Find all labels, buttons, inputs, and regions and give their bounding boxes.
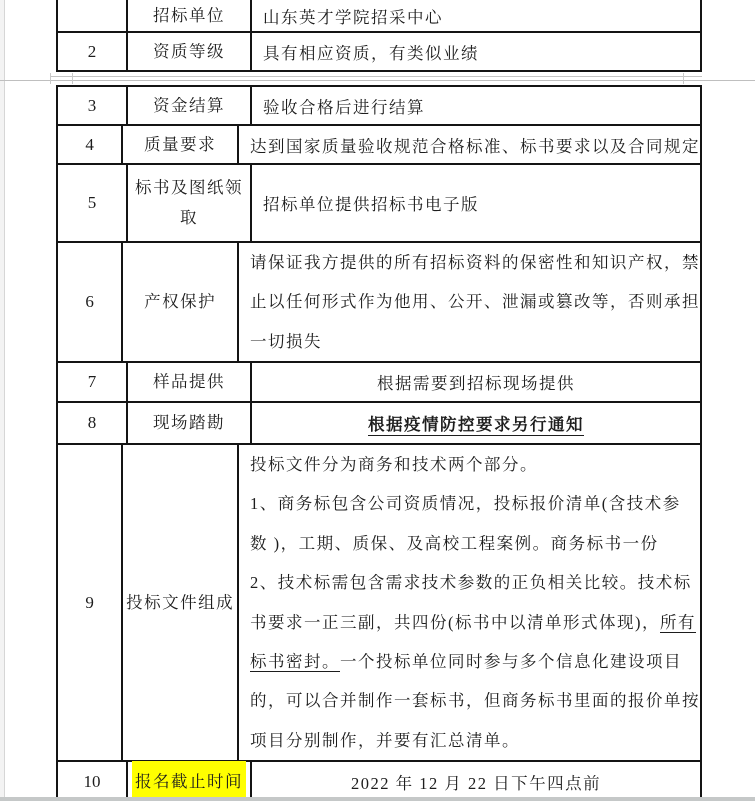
table-row-qualification: 2 资质等级 具有相应资质，有类似业绩	[58, 33, 700, 72]
row-number-cell: 2	[58, 33, 128, 70]
table-row-bid-document-composition: 9 投标文件组成 投标文件分为商务和技术两个部分。 1、商务标包含公司资质情况，…	[58, 445, 700, 762]
table-row-settlement: 3 资金结算 验收合格后进行结算	[58, 87, 700, 126]
row-number: 5	[88, 193, 97, 213]
row-label: 资金结算	[153, 91, 225, 121]
row-number: 10	[84, 772, 101, 792]
row-content-cell: 具有相应资质，有类似业绩	[252, 33, 700, 70]
row-content: 山东英才学院招采中心	[263, 4, 443, 28]
row-content: 验收合格后进行结算	[263, 94, 425, 118]
row-content-line: 标书密封。一个投标单位同时参与多个信息化建设项目	[250, 642, 682, 681]
row-number: 3	[88, 96, 97, 116]
row-content-line: 1、商务标包含公司资质情况，投标报价清单(含技术参	[250, 484, 681, 523]
row-content: 达到国家质量验收规范合格标准、标书要求以及合同规定	[250, 133, 700, 157]
row-number: 8	[88, 413, 97, 433]
row-content-line: 投标文件分为商务和技术两个部分。	[250, 445, 538, 484]
row-content: 根据疫情防控要求另行通知	[368, 411, 584, 435]
table-row-registration-deadline: 10 报名截止时间 2022 年 12 月 22 日下午四点前	[58, 762, 700, 801]
row-content: 招标单位提供招标书电子版	[263, 191, 479, 215]
row-label-cell: 样品提供	[128, 363, 252, 401]
row-content: 2022 年 12 月 22 日下午四点前	[351, 770, 601, 794]
row-number: 9	[85, 593, 94, 613]
table-segment-page1: 招标单位 山东英才学院招采中心 2 资质等级 具有相应资质，有类似业绩	[56, 0, 702, 72]
row-label-cell: 标书及图纸领 取	[128, 165, 252, 241]
row-content-line: 一切损失	[250, 322, 322, 362]
row-content-cell: 验收合格后进行结算	[252, 87, 700, 124]
row-content-cell: 请保证我方提供的所有招标资料的保密性和知识产权，禁 止以任何形式作为他用、公开、…	[239, 243, 700, 361]
page-break-tick	[72, 73, 73, 84]
row-label-cell: 资质等级	[128, 33, 252, 70]
row-label-cell: 现场踏勘	[128, 403, 252, 443]
row-label: 投标文件组成	[126, 588, 234, 618]
row-content-segment: 一个投标单位同时参与多个信息化建设项目	[340, 652, 682, 671]
table-row-ip-protection: 6 产权保护 请保证我方提供的所有招标资料的保密性和知识产权，禁 止以任何形式作…	[58, 243, 700, 363]
row-label-cell: 招标单位	[128, 0, 252, 31]
row-label: 资质等级	[153, 37, 225, 67]
row-content-cell: 投标文件分为商务和技术两个部分。 1、商务标包含公司资质情况，投标报价清单(含技…	[239, 445, 700, 760]
table-row-document-pickup: 5 标书及图纸领 取 招标单位提供招标书电子版	[58, 165, 700, 243]
row-label-cell: 质量要求	[123, 126, 239, 163]
table-row-site-survey: 8 现场踏勘 根据疫情防控要求另行通知	[58, 403, 700, 445]
page-left-edge	[0, 0, 5, 801]
table-segment-page2: 3 资金结算 验收合格后进行结算 4 质量要求 达到国家质量验收规范合格标准、标…	[56, 85, 702, 801]
row-label-cell: 产权保护	[123, 243, 239, 361]
page-break-tick	[683, 73, 684, 84]
row-content-cell: 招标单位提供招标书电子版	[252, 165, 700, 241]
row-label: 招标单位	[153, 1, 225, 31]
row-label-line2: 取	[180, 203, 198, 233]
row-number: 2	[88, 42, 97, 62]
row-content-cell: 山东英才学院招采中心	[252, 0, 700, 31]
page-break-upper-line	[50, 76, 702, 77]
row-content-line: 项目分别制作，并要有汇总清单。	[250, 721, 520, 760]
row-number-cell: 4	[58, 126, 123, 163]
row-label: 质量要求	[144, 130, 216, 160]
row-content-line: 止以任何形式作为他用、公开、泄漏或篡改等，否则承担	[250, 282, 700, 322]
table-row-quality: 4 质量要求 达到国家质量验收规范合格标准、标书要求以及合同规定	[58, 126, 700, 165]
row-number: 4	[85, 135, 94, 155]
row-content-line: 的，可以合并制作一套标书，但商务标书里面的报价单按	[250, 681, 700, 720]
page-break-tick	[50, 73, 51, 84]
row-number: 6	[85, 292, 94, 312]
row-content: 具有相应资质，有类似业绩	[263, 40, 479, 64]
row-content-cell: 根据需要到招标现场提供	[252, 363, 700, 401]
row-content-segment: 书要求一正三副，共四份(标书中以清单形式体现)，	[250, 613, 660, 632]
row-content-cell: 根据疫情防控要求另行通知	[252, 403, 700, 443]
row-label-cell: 资金结算	[128, 87, 252, 124]
table-row-sample: 7 样品提供 根据需要到招标现场提供	[58, 363, 700, 403]
row-content-line: 数 )，工期、质保、及高校工程案例。商务标书一份	[250, 524, 659, 563]
row-number-cell: 9	[58, 445, 123, 760]
page-break-lower-line	[0, 80, 755, 81]
row-label-highlighted: 报名截止时间	[132, 761, 246, 801]
row-content-cell: 2022 年 12 月 22 日下午四点前	[252, 762, 700, 801]
row-content-underlined-segment: 标书密封。	[250, 652, 340, 671]
row-number-cell: 5	[58, 165, 128, 241]
row-content: 根据需要到招标现场提供	[377, 370, 575, 394]
row-label: 产权保护	[144, 287, 216, 317]
row-label: 样品提供	[153, 367, 225, 397]
screenshot-bottom-cut-strip	[0, 797, 755, 801]
row-number-cell: 8	[58, 403, 128, 443]
row-number-cell: 6	[58, 243, 123, 361]
row-number-cell: 7	[58, 363, 128, 401]
row-number: 7	[88, 372, 97, 392]
row-number-cell: 10	[58, 762, 128, 801]
row-content-underlined-segment: 所有	[660, 613, 696, 632]
row-label-cell: 报名截止时间	[128, 762, 252, 801]
row-content-line: 2、技术标需包含需求技术参数的正负相关比较。技术标	[250, 563, 692, 602]
row-label: 现场踏勘	[153, 408, 225, 438]
row-content-line: 请保证我方提供的所有招标资料的保密性和知识产权，禁	[250, 243, 700, 283]
row-content-cell: 达到国家质量验收规范合格标准、标书要求以及合同规定	[239, 126, 700, 163]
table-row-bid-unit: 招标单位 山东英才学院招采中心	[58, 0, 700, 33]
row-content-line: 书要求一正三副，共四份(标书中以清单形式体现)，所有	[250, 603, 696, 642]
row-label-cell: 投标文件组成	[123, 445, 239, 760]
row-label-line1: 标书及图纸领	[135, 173, 243, 203]
row-number-cell: 3	[58, 87, 128, 124]
document-page[interactable]: 招标单位 山东英才学院招采中心 2 资质等级 具有相应资质，有类似业绩 3 资金…	[0, 0, 755, 801]
row-number-cell	[58, 0, 128, 31]
